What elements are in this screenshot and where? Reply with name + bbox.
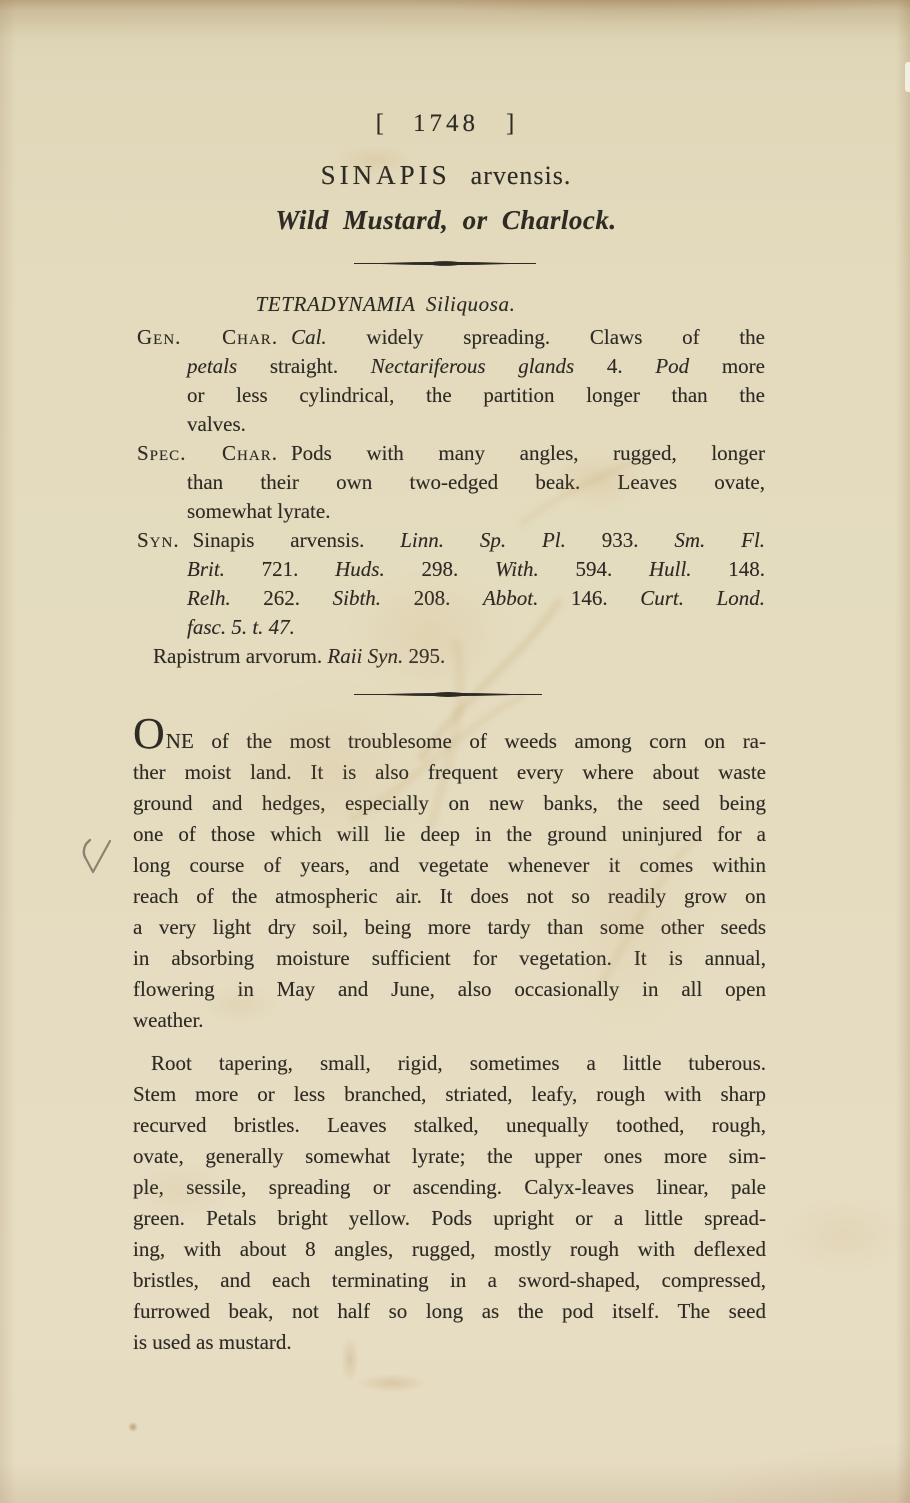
text-run: ing, with about 8 angles, rugged, mostly… <box>133 1237 766 1261</box>
page-number: [1748] <box>0 110 901 138</box>
text-run: 208. <box>381 586 483 610</box>
bracket-close: ] <box>506 110 516 137</box>
text-run: recurved bristles. Leaves stalked, unequ… <box>133 1113 766 1137</box>
italic-text: Raii Syn. <box>327 644 403 668</box>
text-line: ovate, generally somewhat lyrate; the up… <box>133 1141 766 1172</box>
text-line: petals straight. Nectariferous glands 4.… <box>137 352 765 381</box>
common-name: Wild Mustard, or Charlock. <box>0 205 901 236</box>
text-line: somewhat lyrate. <box>137 497 765 526</box>
text-run: ovate, generally somewhat lyrate; the up… <box>133 1144 766 1168</box>
text-line: ONE of the most troublesome of weeds amo… <box>133 726 766 757</box>
text-line: ple, sessile, spreading or ascending. Ca… <box>133 1172 766 1203</box>
bracket-open: [ <box>376 110 386 137</box>
text-run: ground and hedges, especially on new ban… <box>133 791 766 815</box>
text-run: 933. <box>566 528 674 552</box>
text-line: furrowed beak, not half so long as the p… <box>133 1296 766 1327</box>
divider-rule <box>352 255 538 264</box>
text-run: more <box>689 354 765 378</box>
italic-text: Hull. <box>649 557 692 581</box>
text-run: reach of the atmospheric air. It does no… <box>133 884 766 908</box>
page-edge-chip <box>905 62 910 92</box>
text-run: Rapistrum arvorum. <box>153 644 327 668</box>
text-line: is used as mustard. <box>133 1327 766 1358</box>
text-line: a very light dry soil, being more tardy … <box>133 912 766 943</box>
species-title: SINAPISarvensis. <box>0 160 901 191</box>
text-line: bristles, and each terminating in a swor… <box>133 1265 766 1296</box>
text-run: or less cylindrical, the partition longe… <box>187 383 765 407</box>
text-run: 594. <box>539 557 649 581</box>
text-line: long course of years, and vegetate whene… <box>133 850 766 881</box>
text-run: 4. <box>574 354 655 378</box>
italic-text: Curt. Lond. <box>640 586 765 610</box>
text-line: in absorbing moisture sufficient for veg… <box>133 943 766 974</box>
text-line: than their own two-edged beak. Leaves ov… <box>137 468 765 497</box>
book-page: [1748] SINAPISarvensis. Wild Mustard, or… <box>0 0 910 1503</box>
italic-text: Huds. <box>335 557 385 581</box>
text-run: weather. <box>133 1008 204 1032</box>
text-run: in absorbing moisture sufficient for veg… <box>133 946 766 970</box>
italic-text: Cal. <box>291 325 327 349</box>
italic-text: Sibth. <box>333 586 381 610</box>
text-run: 298. <box>385 557 495 581</box>
text-run: 148. <box>692 557 765 581</box>
text-run: ple, sessile, spreading or ascending. Ca… <box>133 1175 766 1199</box>
text-run: is used as mustard. <box>133 1330 292 1354</box>
text-line: ing, with about 8 angles, rugged, mostly… <box>133 1234 766 1265</box>
front-matter: Gen. Char.Cal. widely spreading. Claws o… <box>137 323 765 671</box>
text-line: Spec. Char.Pods with many angles, rugged… <box>137 439 765 468</box>
italic-text: With. <box>495 557 539 581</box>
text-run: widely spreading. Claws of the <box>327 325 765 349</box>
text-line: Relh. 262. Sibth. 208. Abbot. 146. Curt.… <box>137 584 765 613</box>
paragraph: ONE of the most troublesome of weeds amo… <box>133 726 766 1036</box>
text-run: 146. <box>538 586 640 610</box>
italic-text: Brit. <box>187 557 225 581</box>
pencil-checkmark <box>80 835 118 879</box>
text-line: valves. <box>137 410 765 439</box>
section-label: Spec. Char. <box>137 441 278 465</box>
italic-text: petals <box>187 354 237 378</box>
text-line: recurved bristles. Leaves stalked, unequ… <box>133 1110 766 1141</box>
genus-name: SINAPIS <box>321 160 451 190</box>
text-line: Rapistrum arvorum. Raii Syn. 295. <box>137 642 765 671</box>
text-line: Stem more or less branched, striated, le… <box>133 1079 766 1110</box>
text-run: green. Petals bright yellow. Pods uprigh… <box>133 1206 766 1230</box>
text-run: flowering in May and June, also occasion… <box>133 977 766 1001</box>
text-run: Stem more or less branched, striated, le… <box>133 1082 766 1106</box>
text-run: Pods with many angles, rugged, longer <box>291 441 765 465</box>
text-run: than their own two-edged beak. Leaves ov… <box>187 470 765 494</box>
text-run: Sinapis arvensis. <box>193 528 401 552</box>
species-name: arvensis. <box>471 161 572 190</box>
text-line: ther moist land. It is also frequent eve… <box>133 757 766 788</box>
italic-text: fasc. 5. t. 47. <box>187 615 295 639</box>
paragraph: Root tapering, small, rigid, sometimes a… <box>133 1048 766 1358</box>
text-run: 262. <box>231 586 333 610</box>
text-line: flowering in May and June, also occasion… <box>133 974 766 1005</box>
text-line: Syn.Sinapis arvensis. Linn. Sp. Pl. 933.… <box>137 526 765 555</box>
italic-text: Abbot. <box>483 586 538 610</box>
text-line: Gen. Char.Cal. widely spreading. Claws o… <box>137 323 765 352</box>
text-run: straight. <box>237 354 371 378</box>
text-line: green. Petals bright yellow. Pods uprigh… <box>133 1203 766 1234</box>
text-line: fasc. 5. t. 47. <box>137 613 765 642</box>
text-line: one of those which will lie deep in the … <box>133 819 766 850</box>
text-line: Brit. 721. Huds. 298. With. 594. Hull. 1… <box>137 555 765 584</box>
text-run: bristles, and each terminating in a swor… <box>133 1268 766 1292</box>
section-label: Gen. Char. <box>137 325 278 349</box>
text-line: Root tapering, small, rigid, sometimes a… <box>133 1048 766 1079</box>
text-line: ground and hedges, especially on new ban… <box>133 788 766 819</box>
drop-cap: O <box>133 709 166 758</box>
section-label: Syn. <box>137 528 180 552</box>
italic-text: Linn. Sp. Pl. <box>400 528 566 552</box>
text-line: reach of the atmospheric air. It does no… <box>133 881 766 912</box>
text-run: 721. <box>225 557 335 581</box>
text-line: or less cylindrical, the partition longe… <box>137 381 765 410</box>
divider-rule <box>352 686 544 695</box>
text-run: 295. <box>403 644 445 668</box>
text-run: NE of the most troublesome of weeds amon… <box>166 729 766 753</box>
text-run: somewhat lyrate. <box>187 499 330 523</box>
italic-text: Sm. Fl. <box>674 528 765 552</box>
italic-text: Relh. <box>187 586 231 610</box>
text-run: one of those which will lie deep in the … <box>133 822 766 846</box>
text-line: weather. <box>133 1005 766 1036</box>
page-number-value: 1748 <box>413 110 479 137</box>
classification-line: TETRADYNAMIA Siliquosa. <box>133 292 638 317</box>
text-run: furrowed beak, not half so long as the p… <box>133 1299 766 1323</box>
text-run: a very light dry soil, being more tardy … <box>133 915 766 939</box>
text-run: ther moist land. It is also frequent eve… <box>133 760 766 784</box>
text-run: long course of years, and vegetate whene… <box>133 853 766 877</box>
text-run: valves. <box>187 412 246 436</box>
italic-text: Pod <box>655 354 689 378</box>
body-text: ONE of the most troublesome of weeds amo… <box>133 726 766 1358</box>
italic-text: Nectariferous glands <box>371 354 574 378</box>
text-run: Root tapering, small, rigid, sometimes a… <box>151 1051 766 1075</box>
